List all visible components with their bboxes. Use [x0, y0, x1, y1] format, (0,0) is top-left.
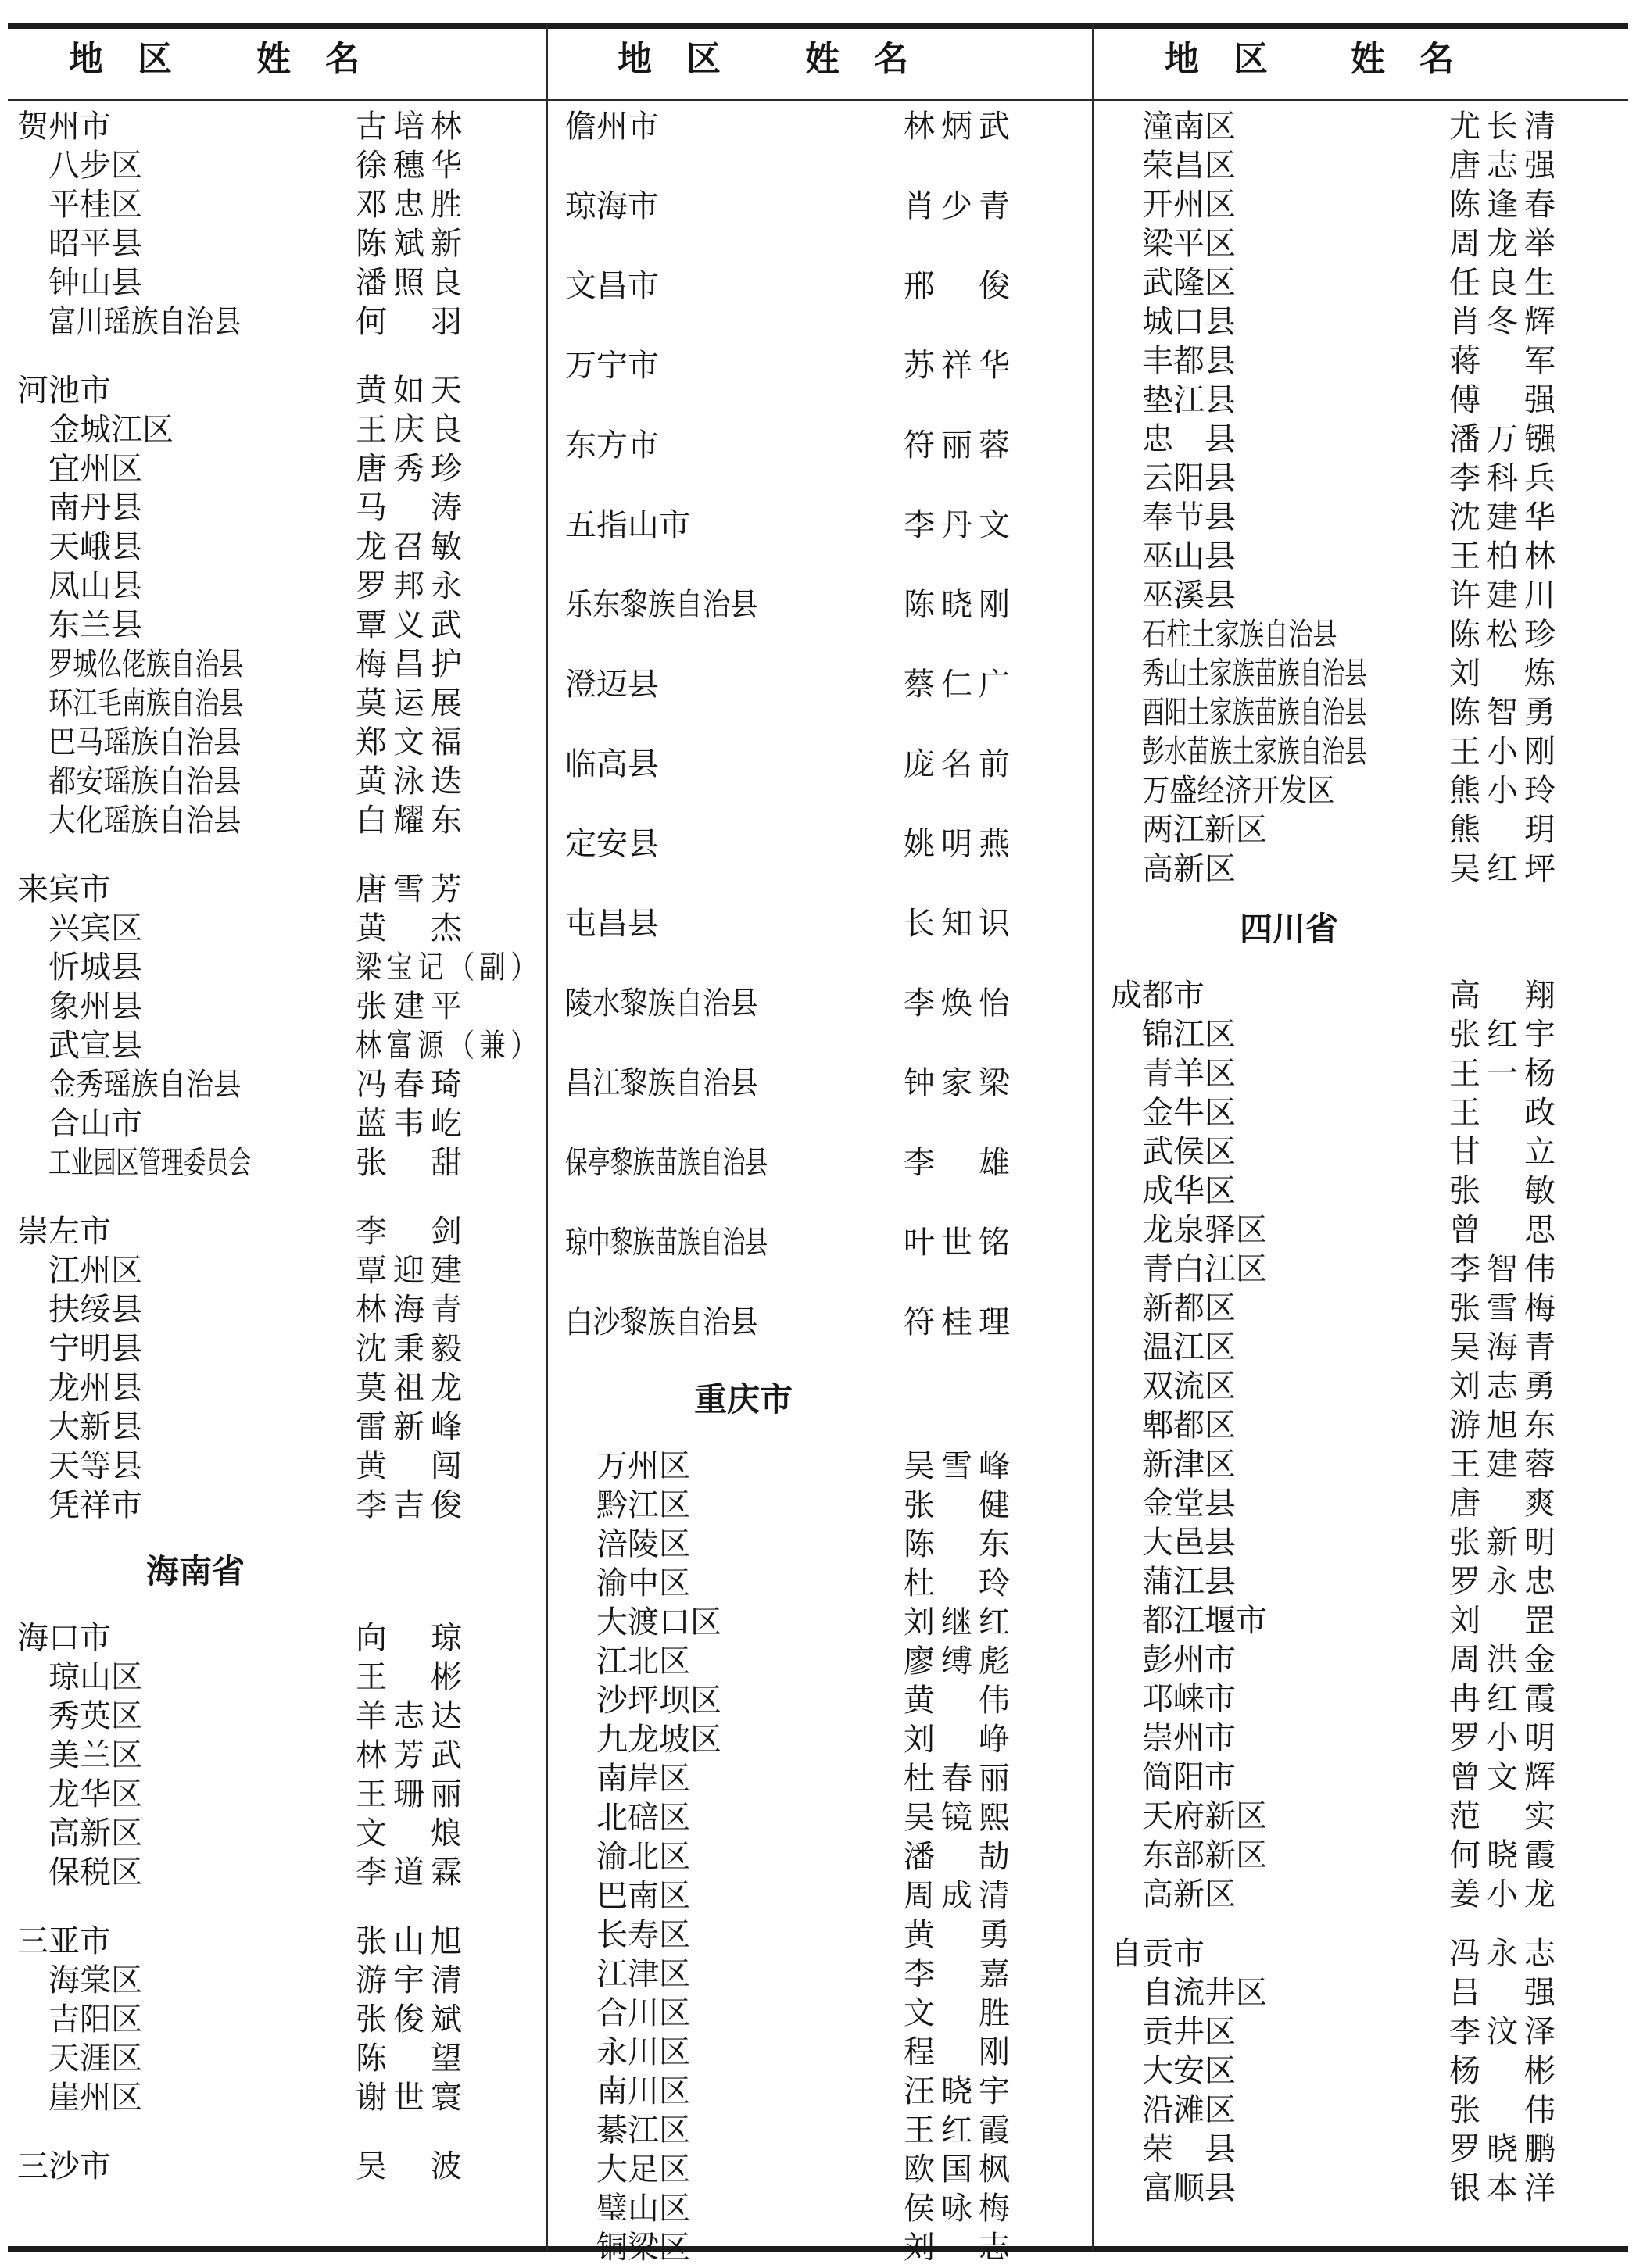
name-label: 张红宇: [1449, 1010, 1562, 1054]
name-label: 林炳武: [904, 102, 1016, 146]
region-group: 成都市高 翔锦江区张红宇青羊区王一杨金牛区王 政武侯区甘 立成华区张 敏龙泉驿区…: [1094, 973, 1636, 1911]
region-label: 温江区: [1142, 1322, 1236, 1367]
region-label: 龙州县: [48, 1363, 142, 1408]
name-label: 杨 彬: [1449, 2046, 1562, 2091]
region-cell: 长寿区: [548, 1910, 904, 1955]
name-label: 白耀东: [356, 796, 468, 840]
region-cell: 澄迈县: [548, 660, 904, 704]
region-label: 五指山市: [565, 500, 690, 545]
region-label: 沿滩区: [1142, 2085, 1236, 2130]
region-group: 万州区吴雪峰黔江区张 健涪陵区陈 东渝中区杜 玲大渡口区刘继红江北区廖缚彪沙坪坝…: [548, 1443, 1092, 2264]
name-label: 吴雪峰: [904, 1441, 1016, 1486]
region-label: 儋州市: [565, 102, 659, 146]
name-cell: 李 嘉: [904, 1949, 1092, 1994]
table-row: 巫山县王柏林: [1094, 534, 1636, 573]
region-cell: 三沙市: [0, 2141, 356, 2186]
name-cell: 李焕怡: [904, 978, 1092, 1023]
name-label: 王红霞: [904, 2105, 1016, 2150]
region-cell: 大足区: [548, 2145, 904, 2189]
region-cell: 都安瑶族自治县: [0, 757, 356, 801]
region-cell: 秀英区: [0, 1691, 356, 1736]
name-label: 符丽蓉: [904, 420, 1016, 465]
name-cell: 林芳武: [356, 1730, 546, 1775]
name-cell: 郑文福: [356, 717, 546, 762]
name-cell: 张俊斌: [356, 1994, 546, 2039]
name-cell: 陈 望: [356, 2034, 546, 2078]
region-label: 平桂区: [48, 180, 142, 224]
name-label: 叶世铭: [904, 1218, 1016, 1262]
name-cell: 周成清: [904, 1871, 1092, 1916]
name-label: 罗小明: [1449, 1713, 1562, 1758]
table-row: 万盛经济开发区熊小玲: [1094, 768, 1636, 807]
region-cell: 平桂区: [0, 180, 356, 224]
name-label: 欧国枫: [904, 2145, 1016, 2189]
table-row: 铜梁区刘 志: [548, 2225, 1092, 2264]
table-row: 屯昌县长知识: [548, 901, 1092, 940]
region-cell: 南川区: [548, 2066, 904, 2111]
name-cell: 沈建华: [1449, 492, 1636, 537]
table-row: 八步区徐穗华: [0, 143, 546, 182]
name-cell: 唐雪芳: [356, 864, 546, 909]
region-cell: 龙泉驿区: [1094, 1205, 1449, 1250]
name-cell: 熊 玥: [1449, 805, 1636, 850]
table-row: 澄迈县蔡仁广: [548, 662, 1092, 701]
table-row: 涪陵区陈 东: [548, 1522, 1092, 1561]
table-row: 成华区张 敏: [1094, 1168, 1636, 1207]
region-label: 青羊区: [1142, 1049, 1236, 1093]
name-label: 冯春琦: [356, 1060, 468, 1104]
col3-region-header: 地 区: [1165, 36, 1268, 83]
name-label: 黄 伟: [904, 1676, 1016, 1720]
name-label: 张山旭: [356, 1916, 468, 1961]
region-cell: 高新区: [1094, 844, 1449, 889]
region-cell: 武隆区: [1094, 258, 1449, 302]
name-label: 熊小玲: [1449, 766, 1562, 810]
table-row: 三沙市吴 波: [0, 2144, 546, 2183]
region-label: 蒲江县: [1142, 1557, 1236, 1601]
region-label: 临高县: [565, 739, 659, 784]
region-cell: 高新区: [1094, 1869, 1449, 1914]
table-row: 自流井区吕 强: [1094, 1970, 1636, 2009]
region-label: 南丹县: [48, 483, 142, 528]
name-cell: 肖少青: [904, 181, 1092, 226]
region-cell: 金牛区: [1094, 1088, 1449, 1132]
table-row: 武侯区甘 立: [1094, 1129, 1636, 1168]
region-cell: 屯昌县: [548, 899, 904, 943]
region-cell: 九龙坡区: [548, 1715, 904, 1759]
name-cell: 甘 立: [1449, 1127, 1636, 1172]
name-label: 李 嘉: [904, 1949, 1016, 1994]
region-cell: 渝中区: [548, 1558, 904, 1603]
name-label: 张新明: [1449, 1518, 1562, 1562]
table-row: 大渡口区刘继红: [548, 1600, 1092, 1639]
table-row: 宜州区唐秀珍: [0, 446, 546, 485]
region-label: 金堂县: [1142, 1479, 1236, 1523]
name-cell: 叶世铭: [904, 1218, 1092, 1262]
table-row: 金堂县唐 爽: [1094, 1481, 1636, 1520]
region-label: 琼海市: [565, 181, 659, 226]
region-cell: 万盛经济开发区: [1094, 766, 1449, 810]
table-row: 都安瑶族自治县黄泳迭: [0, 759, 546, 798]
region-label: 白沙黎族自治县: [565, 1297, 757, 1342]
region-cell: 奉节县: [1094, 492, 1449, 537]
name-cell: 张山旭: [356, 1916, 546, 1961]
region-cell: 永川区: [548, 2027, 904, 2072]
name-label: 古培林: [356, 102, 468, 146]
region-cell: 江津区: [548, 1949, 904, 1994]
name-cell: 王小刚: [1449, 727, 1636, 771]
region-group: 琼海市肖少青: [548, 184, 1092, 223]
table-row: 江州区覃迎建: [0, 1248, 546, 1287]
table-row: 奉节县沈建华: [1094, 495, 1636, 534]
name-label: 周成清: [904, 1871, 1016, 1916]
name-cell: 张 伟: [1449, 2085, 1636, 2130]
region-group: 海口市向 琼琼山区王 彬秀英区羊志达美兰区林芳武龙华区王珊丽高新区文 烺保税区李…: [0, 1615, 546, 1889]
region-label: 天峨县: [48, 522, 142, 567]
name-cell: 吴雪峰: [904, 1441, 1092, 1486]
name-cell: 林炳武: [904, 102, 1092, 146]
name-label: 刘 志: [904, 2223, 1016, 2267]
region-label: 万州区: [596, 1441, 690, 1486]
region-cell: 兴宾区: [0, 903, 356, 948]
name-label: 梅昌护: [356, 639, 468, 684]
table-row: 合山市蓝韦屹: [0, 1101, 546, 1140]
name-label: 吴海青: [1449, 1322, 1562, 1367]
name-label: 文 胜: [904, 1988, 1016, 2033]
region-label: 江北区: [596, 1637, 690, 1681]
name-label: 陈智勇: [1449, 688, 1562, 732]
region-cell: 彭州市: [1094, 1635, 1449, 1680]
table-row: 南岸区杜春丽: [548, 1756, 1092, 1795]
name-cell: 李 雄: [904, 1138, 1092, 1182]
table-row: 贺州市古培林: [0, 104, 546, 143]
table-row: 保税区李道霖: [0, 1850, 546, 1889]
name-label: 张雪梅: [1449, 1283, 1562, 1328]
region-cell: 扶绥县: [0, 1285, 356, 1329]
name-label: 莫运展: [356, 678, 468, 723]
name-cell: 庞名前: [904, 739, 1092, 784]
name-label: 李道霖: [356, 1848, 468, 1892]
name-cell: 谢世寰: [356, 2073, 546, 2117]
name-label: 黄如天: [356, 366, 468, 410]
region-cell: 江北区: [548, 1637, 904, 1681]
region-cell: 大渡口区: [548, 1597, 904, 1642]
table-row: 荣 县罗晓鹏: [1094, 2127, 1636, 2166]
table-row: 青白江区李智伟: [1094, 1247, 1636, 1286]
name-cell: 王庆良: [356, 405, 546, 449]
name-cell: 林富源（兼）: [356, 1021, 581, 1065]
region-cell: 琼海市: [548, 181, 904, 226]
region-cell: 海棠区: [0, 1955, 356, 2000]
region-label: 大新县: [48, 1402, 142, 1447]
name-label: 李智伟: [1449, 1244, 1562, 1289]
name-cell: 苏祥华: [904, 341, 1092, 385]
name-cell: 王红霞: [904, 2105, 1092, 2150]
table-row: 万州区吴雪峰: [548, 1443, 1092, 1483]
name-cell: 李 剑: [356, 1207, 546, 1251]
region-label: 梁平区: [1142, 219, 1236, 263]
name-label: 谢世寰: [356, 2073, 468, 2117]
name-label: 邓忠胜: [356, 180, 468, 224]
region-label: 吉阳区: [48, 1994, 142, 2039]
name-cell: 肖冬辉: [1449, 297, 1636, 342]
region-cell: 荣 县: [1094, 2124, 1449, 2169]
table-row: 崇州市罗小明: [1094, 1715, 1636, 1755]
name-cell: 黄 伟: [904, 1676, 1092, 1720]
name-cell: 邢 俊: [904, 261, 1092, 306]
region-label: 江津区: [596, 1949, 690, 1994]
region-label: 都江堰市: [1142, 1596, 1267, 1640]
region-cell: 陵水黎族自治县: [548, 978, 904, 1023]
region-label: 贺州市: [17, 102, 111, 146]
name-label: 林芳武: [356, 1730, 468, 1775]
region-cell: 合川区: [548, 1988, 904, 2033]
region-cell: 黔江区: [548, 1480, 904, 1525]
name-cell: 杜 玲: [904, 1558, 1092, 1603]
name-cell: 邓忠胜: [356, 180, 546, 224]
region-cell: 象州县: [0, 982, 356, 1026]
region-label: 东兰县: [48, 600, 142, 645]
name-label: 徐穗华: [356, 141, 468, 185]
name-cell: 陈智勇: [1449, 688, 1636, 732]
name-cell: 长知识: [904, 899, 1092, 943]
name-label: 王 政: [1449, 1088, 1562, 1132]
table-row: 富川瑶族自治县何 羽: [0, 299, 546, 338]
name-cell: 任良生: [1449, 258, 1636, 302]
region-label: 自流井区: [1142, 1968, 1267, 2012]
table-row: 白沙黎族自治县符桂理: [548, 1300, 1092, 1339]
region-label: 陵水黎族自治县: [565, 978, 757, 1023]
region-label: 美兰区: [48, 1730, 142, 1775]
table-row: 琼海市肖少青: [548, 184, 1092, 223]
table-row: 石柱土家族自治县陈松珍: [1094, 612, 1636, 651]
column-3: 潼南区尤长清荣昌区唐志强开州区陈逢春梁平区周龙举武隆区任良生城口县肖冬辉丰都县蒋…: [1094, 104, 1636, 2205]
region-cell: 南岸区: [548, 1754, 904, 1798]
region-cell: 八步区: [0, 141, 356, 185]
region-cell: 巫山县: [1094, 531, 1449, 576]
name-cell: 黄 勇: [904, 1910, 1092, 1955]
region-label: 彭州市: [1142, 1635, 1236, 1680]
table-row: 丰都县蒋 军: [1094, 338, 1636, 377]
name-cell: 潘 劼: [904, 1832, 1092, 1876]
region-cell: 荣昌区: [1094, 141, 1449, 185]
name-label: 何 羽: [356, 297, 468, 342]
region-group: 屯昌县长知识: [548, 901, 1092, 940]
region-cell: 两江新区: [1094, 805, 1449, 850]
name-label: 符桂理: [904, 1297, 1016, 1342]
region-label: 天等县: [48, 1441, 142, 1486]
name-cell: 龙召敏: [356, 522, 546, 567]
name-label: 唐志强: [1449, 141, 1562, 185]
name-label: 曾文辉: [1449, 1752, 1562, 1797]
name-label: 邢 俊: [904, 261, 1016, 306]
name-label: 廖缚彪: [904, 1637, 1016, 1681]
name-label: 蔡仁广: [904, 660, 1016, 704]
table-row: 都江堰市刘 罡: [1094, 1598, 1636, 1637]
name-cell: 吴 波: [356, 2141, 546, 2186]
name-cell: 罗邦永: [356, 561, 546, 606]
region-cell: 贺州市: [0, 102, 356, 146]
region-label: 忻城县: [48, 943, 142, 987]
region-cell: 渝北区: [548, 1832, 904, 1876]
region-label: 锦江区: [1142, 1010, 1236, 1054]
table-row: 象州县张建平: [0, 984, 546, 1023]
table-row: 来宾市唐雪芳: [0, 867, 546, 906]
table-row: 潼南区尤长清: [1094, 104, 1636, 143]
table-row: 东兰县覃义武: [0, 603, 546, 642]
region-cell: 铜梁区: [548, 2223, 904, 2267]
region-cell: 东兰县: [0, 600, 356, 645]
region-cell: 郫都区: [1094, 1401, 1449, 1445]
region-label: 巫溪县: [1142, 571, 1236, 615]
name-cell: 李吉俊: [356, 1480, 546, 1525]
name-label: 黄 闯: [356, 1441, 468, 1486]
region-label: 简阳市: [1142, 1752, 1236, 1797]
name-cell: 刘继红: [904, 1597, 1092, 1642]
table-row: 两江新区熊 玥: [1094, 807, 1636, 846]
region-group: 河池市黄如天金城江区王庆良宜州区唐秀珍南丹县马 涛天峨县龙召敏凤山县罗邦永东兰县…: [0, 368, 546, 837]
table-row: 金秀瑶族自治县冯春琦: [0, 1062, 546, 1101]
name-label: 银本洋: [1449, 2163, 1562, 2208]
region-cell: 开州区: [1094, 180, 1449, 224]
region-group: 潼南区尤长清荣昌区唐志强开州区陈逢春梁平区周龙举武隆区任良生城口县肖冬辉丰都县蒋…: [1094, 104, 1636, 885]
table-row: 巴马瑶族自治县郑文福: [0, 720, 546, 759]
table-row: 东部新区何晓霞: [1094, 1833, 1636, 1872]
table-row: 琼山区王 彬: [0, 1654, 546, 1694]
region-label: 北碚区: [596, 1793, 690, 1837]
name-cell: 白耀东: [356, 796, 546, 840]
table-row: 万宁市苏祥华: [548, 343, 1092, 382]
name-label: 吕 强: [1449, 1968, 1562, 2012]
region-group: 琼中黎族苗族自治县叶世铭: [548, 1220, 1092, 1259]
name-cell: 潘照良: [356, 258, 546, 302]
name-cell: 周龙举: [1449, 219, 1636, 263]
table-row: 海棠区游宇清: [0, 1958, 546, 1997]
table-row: 兴宾区黄 杰: [0, 906, 546, 945]
region-cell: 临高县: [548, 739, 904, 784]
table-row: 乐东黎族自治县陈晓刚: [548, 582, 1092, 621]
region-label: 保亭黎族苗族自治县: [565, 1138, 768, 1182]
table-row: 龙泉驿区曾 思: [1094, 1207, 1636, 1247]
name-label: 王珊丽: [356, 1769, 468, 1814]
region-label: 象州县: [48, 982, 142, 1026]
name-label: 覃迎建: [356, 1246, 468, 1290]
region-cell: 大邑县: [1094, 1518, 1449, 1562]
region-cell: 天府新区: [1094, 1791, 1449, 1836]
name-label: 杜春丽: [904, 1754, 1016, 1798]
name-label: 陈斌新: [356, 219, 468, 263]
name-label: 张 甜: [356, 1138, 468, 1182]
region-label: 龙华区: [48, 1769, 142, 1814]
name-cell: 冯春琦: [356, 1060, 546, 1104]
name-label: 李丹文: [904, 500, 1016, 545]
name-cell: 傅 强: [1449, 375, 1636, 420]
table-row: 成都市高 翔: [1094, 973, 1636, 1012]
region-cell: 成都市: [1094, 971, 1449, 1015]
name-cell: 符桂理: [904, 1297, 1092, 1342]
name-cell: 陈逢春: [1449, 180, 1636, 224]
region-label: 环江毛南族自治县: [48, 678, 244, 723]
region-label: 昌江黎族自治县: [565, 1058, 757, 1103]
region-label: 大足区: [596, 2145, 690, 2189]
region-cell: 天等县: [0, 1441, 356, 1486]
name-label: 潘 劼: [904, 1832, 1016, 1876]
name-cell: 古培林: [356, 102, 546, 146]
table-row: 保亭黎族苗族自治县李 雄: [548, 1140, 1092, 1179]
name-cell: 张红宇: [1449, 1010, 1636, 1054]
region-cell: 大安区: [1094, 2046, 1449, 2091]
table-row: 五指山市李丹文: [548, 503, 1092, 542]
table-row: 合川区文 胜: [548, 1991, 1092, 2030]
table-row: 江津区李 嘉: [548, 1951, 1092, 1991]
region-label: 凤山县: [48, 561, 142, 606]
name-label: 梁宝记（副）: [356, 943, 542, 987]
region-label: 永川区: [596, 2027, 690, 2072]
region-label: 八步区: [48, 141, 142, 185]
name-label: 肖少青: [904, 181, 1016, 226]
table-row: 平桂区邓忠胜: [0, 182, 546, 221]
table-row: 海口市向 琼: [0, 1615, 546, 1654]
region-label: 秀英区: [48, 1691, 142, 1736]
region-label: 潼南区: [1142, 102, 1236, 146]
region-label: 酉阳土家族苗族自治县: [1142, 688, 1367, 732]
name-cell: 梁宝记（副）: [356, 943, 581, 987]
region-label: 荣昌区: [1142, 141, 1236, 185]
name-label: 傅 强: [1449, 375, 1562, 420]
name-label: 蓝韦屹: [356, 1099, 468, 1143]
col3-name-header: 姓 名: [1351, 36, 1454, 83]
name-label: 肖冬辉: [1449, 297, 1562, 342]
name-cell: 曾文辉: [1449, 1752, 1636, 1797]
table-row: 永川区程 刚: [548, 2030, 1092, 2069]
region-label: 澄迈县: [565, 660, 659, 704]
name-label: 覃义武: [356, 600, 468, 645]
name-label: 钟家梁: [904, 1058, 1016, 1103]
name-cell: 钟家梁: [904, 1058, 1092, 1103]
region-cell: 潼南区: [1094, 102, 1449, 146]
region-cell: 天峨县: [0, 522, 356, 567]
region-cell: 凭祥市: [0, 1480, 356, 1525]
section-header-sichuan: 四川省: [1094, 909, 1484, 950]
table-row: 天涯区陈 望: [0, 2036, 546, 2075]
name-cell: 张建平: [356, 982, 546, 1026]
table-row: 邛崃市冉红霞: [1094, 1676, 1636, 1715]
region-label: 涪陵区: [596, 1519, 690, 1564]
region-label: 宜州区: [48, 444, 142, 488]
region-label: 新津区: [1142, 1440, 1236, 1484]
name-cell: 张 健: [904, 1480, 1092, 1525]
region-label: 万盛经济开发区: [1142, 766, 1334, 810]
region-cell: 新津区: [1094, 1440, 1449, 1484]
column-1: 贺州市古培林八步区徐穗华平桂区邓忠胜昭平县陈斌新钟山县潘照良富川瑶族自治县何 羽…: [0, 104, 546, 2183]
name-cell: 何 羽: [356, 297, 546, 342]
table-row: 昭平县陈斌新: [0, 221, 546, 260]
region-label: 高新区: [1142, 844, 1236, 889]
name-cell: 马 涛: [356, 483, 546, 528]
region-label: 崇州市: [1142, 1713, 1236, 1758]
name-label: 罗晓鹏: [1449, 2124, 1562, 2169]
table-row: 武宣县林富源（兼）: [0, 1023, 546, 1062]
table-row: 开州区陈逢春: [1094, 182, 1636, 221]
table-row: 崖州区谢世寰: [0, 2075, 546, 2114]
table-row: 钟山县潘照良: [0, 260, 546, 299]
table-row: 罗城仫佬族自治县梅昌护: [0, 642, 546, 681]
name-cell: 王一杨: [1449, 1049, 1636, 1093]
name-label: 刘 峥: [904, 1715, 1016, 1759]
name-label: 陈逢春: [1449, 180, 1562, 224]
region-cell: 綦江区: [548, 2105, 904, 2150]
region-label: 两江新区: [1142, 805, 1267, 850]
